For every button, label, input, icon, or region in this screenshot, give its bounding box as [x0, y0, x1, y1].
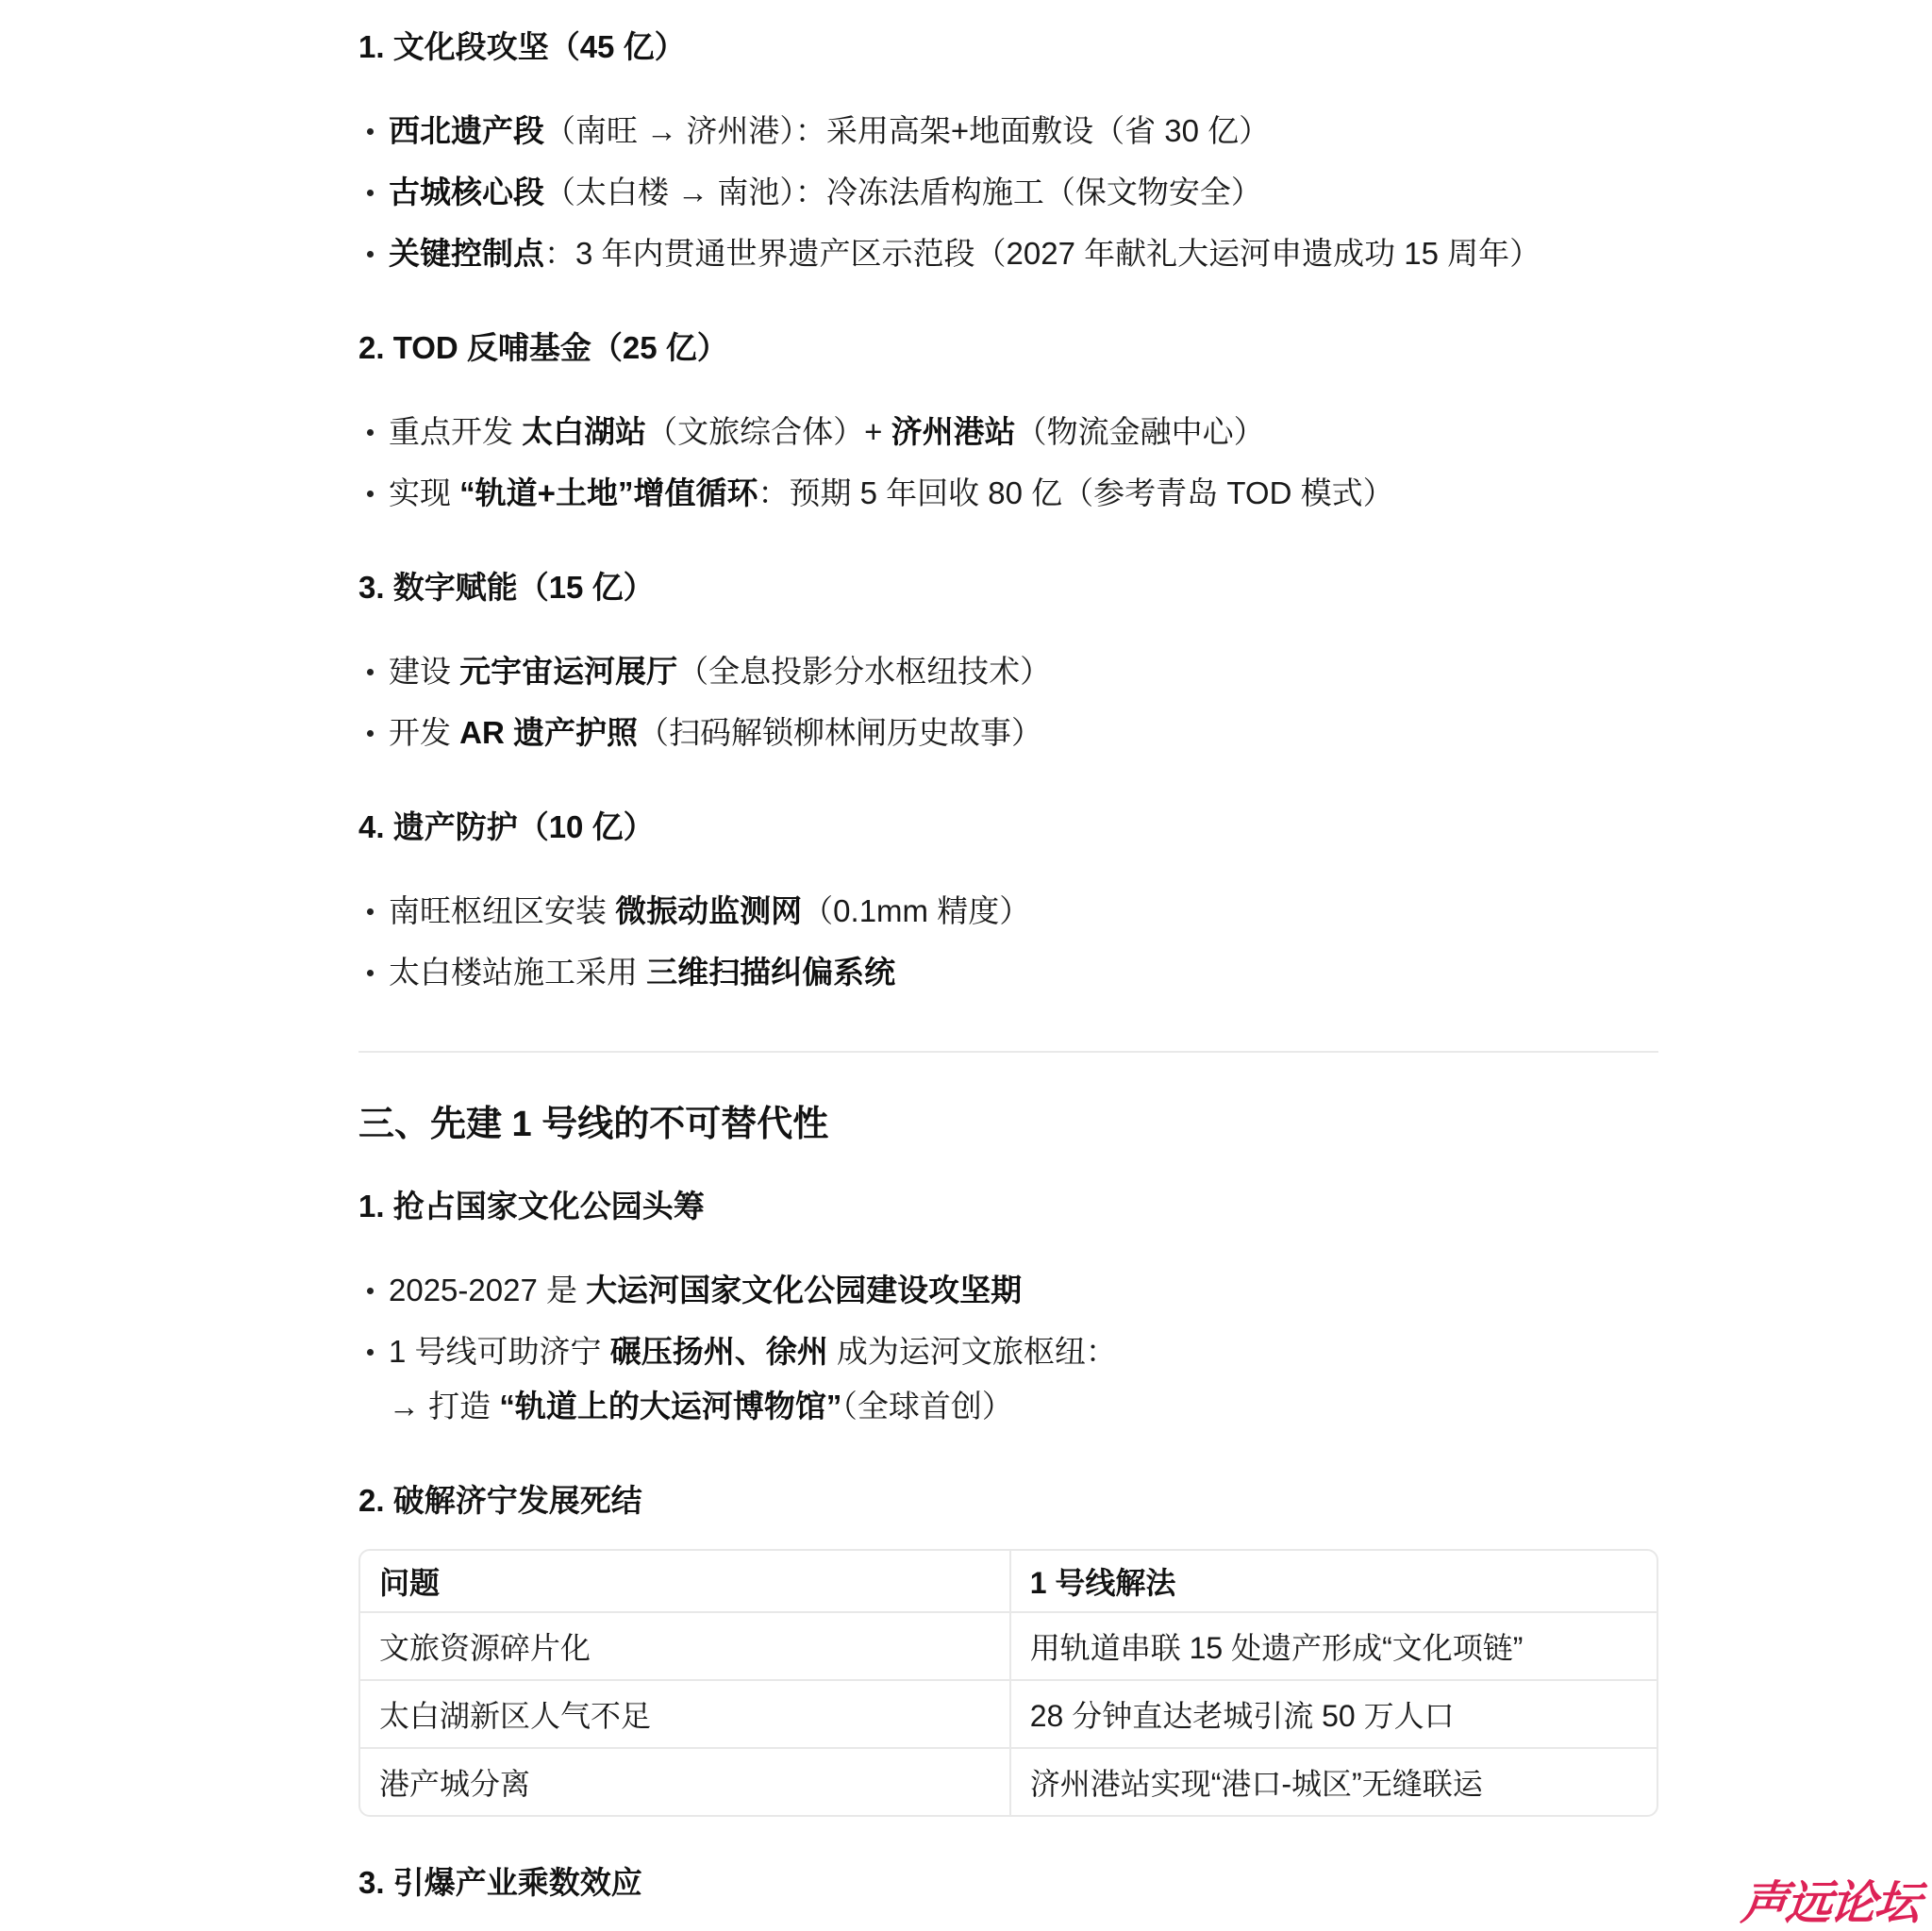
- bullet-item: 2025-2027 是 大运河国家文化公园建设攻坚期: [358, 1274, 1658, 1307]
- text-run: （全息投影分水枢纽技术）: [677, 654, 1051, 689]
- bold-text-run: “轨道+土地”增值循环: [459, 475, 758, 510]
- text-run: ：预期 5 年回收 80 亿（参考青岛 TOD 模式）: [758, 475, 1393, 510]
- bold-text-run: 古城核心段: [389, 175, 544, 209]
- section-divider: [358, 1051, 1658, 1053]
- bullet-list: 重点开发 太白湖站（文旅综合体）+ 济州港站（物流金融中心）实现 “轨道+土地”…: [358, 416, 1658, 509]
- bold-text-run: “轨道上的大运河博物馆”: [499, 1389, 841, 1423]
- subsection-heading: 1. 抢占国家文化公园头筹: [358, 1188, 1658, 1225]
- bullet-continuation-line: → 打造 “轨道上的大运河博物馆”（全球首创）: [389, 1390, 1658, 1423]
- text-run: 重点开发: [389, 414, 522, 449]
- text-run: 太白楼站施工采用: [389, 955, 646, 990]
- text-run: （太白楼 → 南池）：冷冻法盾构施工（保文物安全）: [544, 175, 1262, 209]
- bullet-list: 西北遗产段（南旺 → 济州港）：采用高架+地面敷设（省 30 亿）古城核心段（太…: [358, 115, 1658, 270]
- bold-text-run: 元宇宙运河展厅: [459, 654, 677, 689]
- table-header-cell: 问题: [360, 1551, 1011, 1613]
- text-run: 开发: [389, 715, 459, 750]
- bullet-item: 重点开发 太白湖站（文旅综合体）+ 济州港站（物流金融中心）: [358, 416, 1658, 448]
- subsection-heading: 3. 数字赋能（15 亿）: [358, 569, 1658, 607]
- table-row: 太白湖新区人气不足28 分钟直达老城引流 50 万人口: [360, 1681, 1657, 1749]
- bullet-item: 古城核心段（太白楼 → 南池）：冷冻法盾构施工（保文物安全）: [358, 176, 1658, 208]
- bullet-item: 开发 AR 遗产护照（扫码解锁柳林闸历史故事）: [358, 717, 1658, 749]
- text-run: （南旺 → 济州港）：采用高架+地面敷设（省 30 亿）: [544, 113, 1270, 148]
- bold-text-run: 微振动监测网: [615, 893, 802, 928]
- bold-text-run: 大运河国家文化公园建设攻坚期: [586, 1273, 1022, 1307]
- table-cell: 太白湖新区人气不足: [360, 1681, 1011, 1749]
- comparison-table: 问题1 号线解法文旅资源碎片化用轨道串联 15 处遗产形成“文化项链”太白湖新区…: [358, 1549, 1658, 1817]
- document-page: { "page": { "background": "#ffffff", "te…: [0, 0, 1932, 1931]
- table-header-row: 问题1 号线解法: [360, 1551, 1657, 1613]
- bold-text-run: 三维扫描纠偏系统: [646, 955, 895, 990]
- text-run: （文旅综合体）+: [646, 414, 891, 449]
- bullet-item: 南旺枢纽区安装 微振动监测网（0.1mm 精度）: [358, 895, 1658, 927]
- bold-text-run: 关键控制点: [389, 236, 544, 271]
- bullet-item: 1 号线可助济宁 碾压扬州、徐州 成为运河文旅枢纽：→ 打造 “轨道上的大运河博…: [358, 1336, 1658, 1423]
- bullet-list: 建设 元宇宙运河展厅（全息投影分水枢纽技术）开发 AR 遗产护照（扫码解锁柳林闸…: [358, 656, 1658, 749]
- bold-text-run: 太白湖站: [522, 414, 646, 449]
- bold-text-run: 碾压扬州、徐州: [610, 1334, 828, 1369]
- text-run: 建设: [389, 654, 459, 689]
- text-run: 南旺枢纽区安装: [389, 893, 615, 928]
- bold-text-run: AR 遗产护照: [459, 715, 638, 750]
- bullet-item: 实现 “轨道+土地”增值循环：预期 5 年回收 80 亿（参考青岛 TOD 模式…: [358, 477, 1658, 509]
- bullet-list: 南旺枢纽区安装 微振动监测网（0.1mm 精度）太白楼站施工采用 三维扫描纠偏系…: [358, 895, 1658, 989]
- text-run: 成为运河文旅枢纽：: [828, 1334, 1117, 1369]
- section-heading: 三、先建 1 号线的不可替代性: [358, 1102, 1658, 1147]
- document-content: 1. 文化段攻坚（45 亿）西北遗产段（南旺 → 济州港）：采用高架+地面敷设（…: [358, 0, 1658, 1902]
- text-run: （0.1mm 精度）: [802, 893, 1030, 928]
- subsection-heading: 3. 引爆产业乘数效应: [358, 1864, 1658, 1902]
- bullet-item: 太白楼站施工采用 三维扫描纠偏系统: [358, 957, 1658, 989]
- table-cell: 用轨道串联 15 处遗产形成“文化项链”: [1011, 1613, 1657, 1681]
- bold-text-run: 济州港站: [891, 414, 1016, 449]
- bullet-list: 2025-2027 是 大运河国家文化公园建设攻坚期1 号线可助济宁 碾压扬州、…: [358, 1274, 1658, 1423]
- table-row: 港产城分离济州港站实现“港口-城区”无缝联运: [360, 1749, 1657, 1815]
- table-cell: 济州港站实现“港口-城区”无缝联运: [1011, 1749, 1657, 1815]
- subsection-heading: 2. 破解济宁发展死结: [358, 1482, 1658, 1520]
- bullet-item: 建设 元宇宙运河展厅（全息投影分水枢纽技术）: [358, 656, 1658, 688]
- table-row: 文旅资源碎片化用轨道串联 15 处遗产形成“文化项链”: [360, 1613, 1657, 1681]
- text-run: 2025-2027 是: [389, 1273, 586, 1307]
- forum-watermark-logo: 声远论坛: [1739, 1881, 1921, 1927]
- text-run: （扫码解锁柳林闸历史故事）: [638, 715, 1042, 750]
- text-run: → 打造: [389, 1389, 499, 1423]
- text-run: （全球首创）: [841, 1389, 1013, 1423]
- table-cell: 文旅资源碎片化: [360, 1613, 1011, 1681]
- bullet-item: 西北遗产段（南旺 → 济州港）：采用高架+地面敷设（省 30 亿）: [358, 115, 1658, 147]
- table-cell: 28 分钟直达老城引流 50 万人口: [1011, 1681, 1657, 1749]
- text-run: 1 号线可助济宁: [389, 1334, 610, 1369]
- text-run: ：3 年内贯通世界遗产区示范段（2027 年献礼大运河申遗成功 15 周年）: [544, 236, 1541, 271]
- table-cell: 港产城分离: [360, 1749, 1011, 1815]
- bold-text-run: 西北遗产段: [389, 113, 544, 148]
- subsection-heading: 2. TOD 反哺基金（25 亿）: [358, 329, 1658, 367]
- text-run: （物流金融中心）: [1016, 414, 1265, 449]
- bullet-item: 关键控制点：3 年内贯通世界遗产区示范段（2027 年献礼大运河申遗成功 15 …: [358, 238, 1658, 270]
- table-header-cell: 1 号线解法: [1011, 1551, 1657, 1613]
- subsection-heading: 1. 文化段攻坚（45 亿）: [358, 28, 1658, 66]
- subsection-heading: 4. 遗产防护（10 亿）: [358, 808, 1658, 846]
- text-run: 实现: [389, 475, 459, 510]
